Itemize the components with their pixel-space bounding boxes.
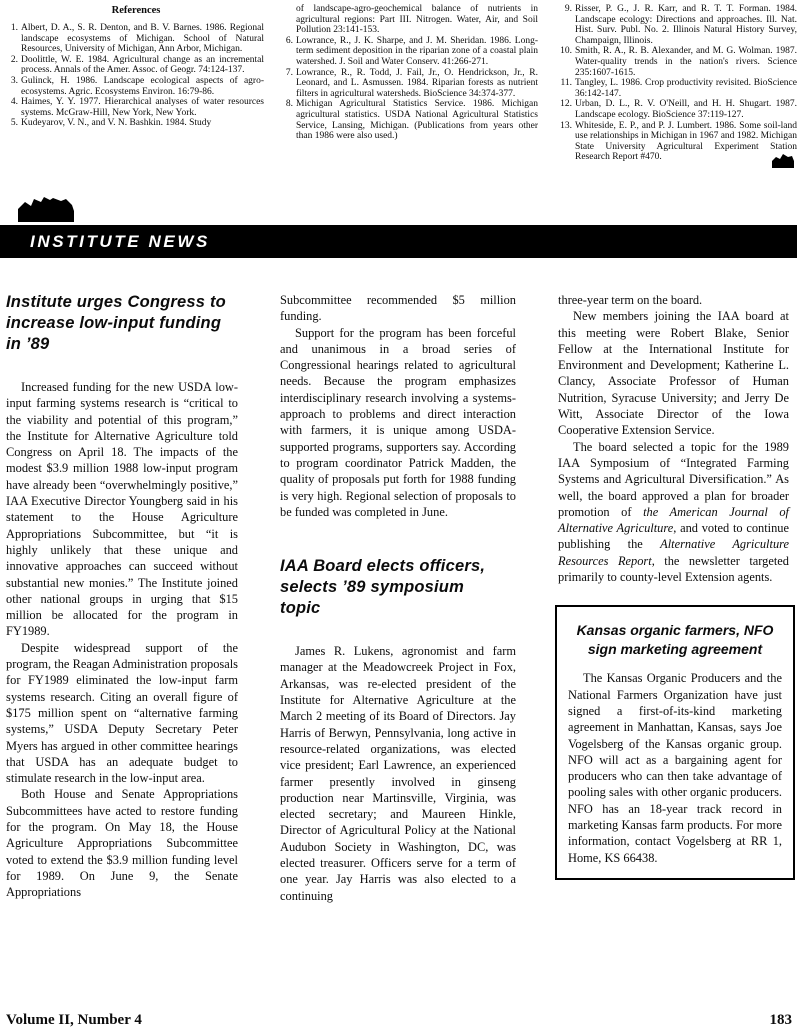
heading-line: increase low-input funding [6,313,238,334]
paragraph-continuation: three-year term on the board. [558,292,789,308]
reference-number: 11. [557,78,575,99]
reference-item: 8. Michigan Agricultural Statistics Serv… [283,99,538,141]
reference-item: 9. Risser, P. G., J. R. Karr, and R. T. … [557,4,797,46]
heading-line: Institute urges Congress to [6,292,238,313]
reference-number: 9. [557,4,575,46]
reference-item: 12. Urban, D. L., R. V. O'Neill, and H. … [557,99,797,120]
reference-item: 6. Lowrance, R., J. K. Sharpe, and J. M.… [283,36,538,68]
reference-number: 3. [8,76,21,97]
reference-text: Lowrance, R., R. Todd, J. Fail, Jr., O. … [296,68,538,100]
heading-line: sign marketing agreement [568,640,782,659]
reference-item: 13. Whiteside, E. P., and P. J. Lumbert.… [557,121,797,163]
reference-text: Kudeyarov, V. N., and V. N. Bashkin. 198… [21,118,264,129]
paragraph: New members joining the IAA board at thi… [558,308,789,438]
reference-item: 11. Tangley, L. 1986. Crop productivity … [557,78,797,99]
reference-item: 4. Haimes, Y. Y. 1977. Hierarchical anal… [8,97,264,118]
reference-item: 1. Albert, D. A., S. R. Denton, and B. V… [8,23,264,55]
section-banner-title: INSTITUTE NEWS [0,232,210,252]
reference-number: 10. [557,46,575,78]
reference-number: 5. [8,118,21,129]
footer-page-number: 183 [770,1012,793,1029]
reference-text: Haimes, Y. Y. 1977. Hierarchical analyse… [21,97,264,118]
reference-number: 1. [8,23,21,55]
box-paragraph: The Kansas Organic Producers and the Nat… [568,670,782,866]
article-column-1: Institute urges Congress to increase low… [6,292,238,904]
reference-number: 2. [8,55,21,76]
reference-text: Albert, D. A., S. R. Denton, and B. V. B… [21,23,264,55]
reference-text: Gulinck, H. 1986. Landscape ecological a… [21,76,264,97]
reference-number: 4. [8,97,21,118]
references-column-3: 9. Risser, P. G., J. R. Karr, and R. T. … [557,4,797,163]
section-banner: INSTITUTE NEWS [0,225,797,258]
article-1-heading: Institute urges Congress to increase low… [6,292,238,355]
reference-item: 2. Doolittle, W. E. 1984. Agricultural c… [8,55,264,76]
reference-number: 13. [557,121,575,163]
references-column-1: References 1. Albert, D. A., S. R. Dento… [8,4,264,163]
article-2-heading: IAA Board elects officers, selects ’89 s… [280,556,516,619]
heading-line: selects ’89 symposium [280,577,516,598]
reference-number: 6. [283,36,296,68]
references-heading: References [8,5,264,16]
heading-line: in ’89 [6,334,238,355]
reference-item: 5. Kudeyarov, V. N., and V. N. Bashkin. … [8,118,264,129]
paragraph: Increased funding for the new USDA low-i… [6,379,238,640]
reference-text: Lowrance, R., J. K. Sharpe, and J. M. Sh… [296,36,538,68]
reference-number: 7. [283,68,296,100]
box-heading: Kansas organic farmers, NFO sign marketi… [568,621,782,658]
reference-number: 8. [283,99,296,141]
end-of-article-ink-mark-icon [771,153,795,174]
reference-text: Michigan Agricultural Statistics Service… [296,99,538,141]
paragraph: Despite widespread support of the progra… [6,640,238,787]
reference-text: Risser, P. G., J. R. Karr, and R. T. T. … [575,4,797,46]
paragraph: Support for the program has been forcefu… [280,325,516,521]
paragraph-continuation: Subcommittee recommended $5 million fund… [280,292,516,325]
article-column-2: Subcommittee recommended $5 million fund… [280,292,516,904]
reference-text: Whiteside, E. P., and P. J. Lumbert. 198… [575,121,797,163]
reference-item: 3. Gulinck, H. 1986. Landscape ecologica… [8,76,264,97]
article-column-3: three-year term on the board. New member… [558,292,789,904]
paragraph: Both House and Senate Appropriations Sub… [6,786,238,900]
references-column-2: of landscape-agro-geochemical balance of… [283,4,538,163]
reference-number: 12. [557,99,575,120]
footer-volume-label: Volume II, Number 4 [6,1012,142,1029]
reference-text: Urban, D. L., R. V. O'Neill, and H. H. S… [575,99,797,120]
reference-item: 10. Smith, R. A., R. B. Alexander, and M… [557,46,797,78]
reference-text: Smith, R. A., R. B. Alexander, and M. G.… [575,46,797,78]
paragraph: James R. Lukens, agronomist and farm man… [280,643,516,904]
reference-continuation: of landscape-agro-geochemical balance of… [283,4,538,36]
reference-text: Doolittle, W. E. 1984. Agricultural chan… [21,55,264,76]
article-body: Institute urges Congress to increase low… [6,292,789,904]
boxed-news-item: Kansas organic farmers, NFO sign marketi… [555,605,795,880]
heading-line: topic [280,598,516,619]
heading-line: IAA Board elects officers, [280,556,516,577]
paragraph-with-italics: The board selected a topic for the 1989 … [558,439,789,586]
references-section: References 1. Albert, D. A., S. R. Dento… [8,4,797,163]
journal-page: References 1. Albert, D. A., S. R. Dento… [0,0,800,1032]
heading-line: Kansas organic farmers, NFO [568,621,782,640]
farm-silhouette-icon [17,196,75,228]
reference-item: 7. Lowrance, R., R. Todd, J. Fail, Jr., … [283,68,538,100]
reference-text: Tangley, L. 1986. Crop productivity revi… [575,78,797,99]
